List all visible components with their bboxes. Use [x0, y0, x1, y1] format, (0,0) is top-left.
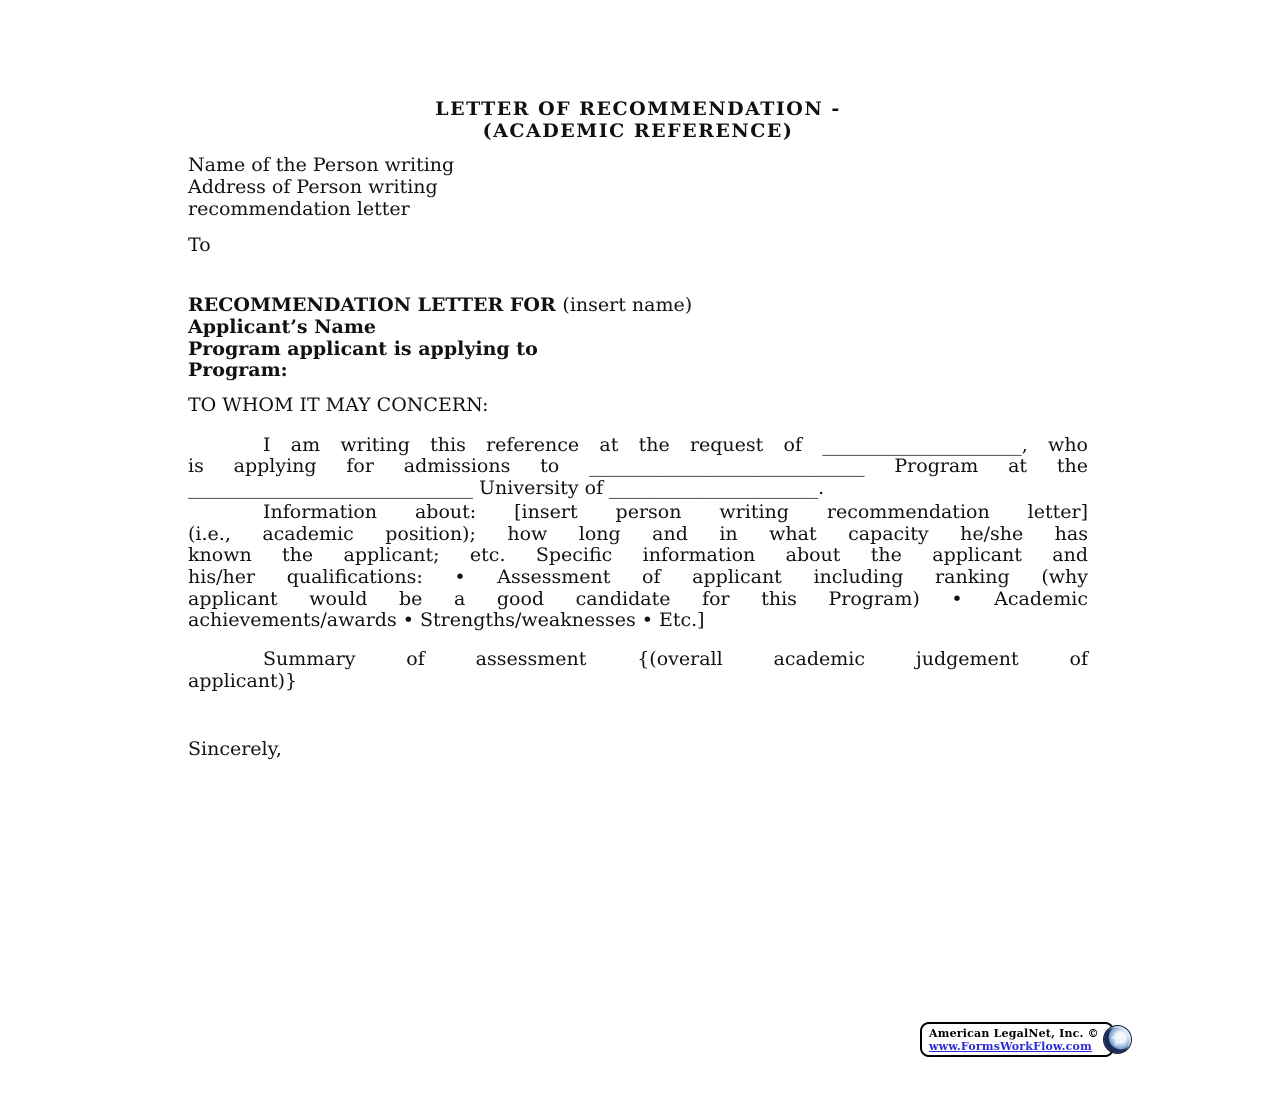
text-line: known the applicant; etc. Specific infor… [188, 545, 1088, 567]
legalnet-footer-badge: American LegalNet, Inc. © www.FormsWorkF… [920, 1022, 1114, 1057]
document-title-line1: LETTER OF RECOMMENDATION - [188, 99, 1088, 121]
text-line: is applying for admissions to __________… [188, 456, 1088, 478]
body-paragraph-2: Information about: [insert person writin… [188, 502, 1088, 632]
document-title: LETTER OF RECOMMENDATION - (ACADEMIC REF… [188, 99, 1088, 142]
text-line: ______________________________ Universit… [188, 478, 1088, 500]
body-paragraph-1: I am writing this reference at the reque… [188, 435, 1088, 500]
text-line: applicant)} [188, 671, 1088, 693]
footer-company-name: American LegalNet, Inc. © [929, 1027, 1099, 1040]
body-paragraph-3: Summary of assessment {(overall academic… [188, 649, 1088, 692]
footer-website-link[interactable]: www.FormsWorkFlow.com [929, 1040, 1099, 1053]
salutation: TO WHOM IT MAY CONCERN: [188, 395, 1088, 417]
program-label-line: Program: [188, 360, 1088, 382]
sender-name-line: Name of the Person writing [188, 155, 1088, 177]
sender-letter-line: recommendation letter [188, 199, 1088, 221]
applicant-name-line: Applicant’s Name [188, 317, 1088, 339]
footer-text: American LegalNet, Inc. © www.FormsWorkF… [929, 1027, 1099, 1053]
letter-content: LETTER OF RECOMMENDATION - (ACADEMIC REF… [188, 0, 1088, 761]
sender-block: Name of the Person writing Address of Pe… [188, 155, 1088, 220]
text-line: applicant would be a good candidate for … [188, 589, 1088, 611]
text-line: achievements/awards • Strengths/weakness… [188, 610, 1088, 632]
program-applying-line: Program applicant is applying to [188, 339, 1088, 361]
globe-logo-icon [1104, 1026, 1131, 1053]
text-line: (i.e., academic position); how long and … [188, 524, 1088, 546]
document-page: LETTER OF RECOMMENDATION - (ACADEMIC REF… [0, 0, 1275, 1100]
subject-insert-name: (insert name) [562, 294, 692, 316]
closing-sincerely: Sincerely, [188, 739, 1088, 761]
text-line: his/her qualifications: • Assessment of … [188, 567, 1088, 589]
text-line: Summary of assessment {(overall academic… [188, 649, 1088, 671]
document-title-line2: (ACADEMIC REFERENCE) [188, 121, 1088, 143]
subject-heading-bold: RECOMMENDATION LETTER FOR [188, 294, 556, 316]
sender-address-line: Address of Person writing [188, 177, 1088, 199]
subject-block: RECOMMENDATION LETTER FOR(insert name) A… [188, 295, 1088, 382]
subject-heading: RECOMMENDATION LETTER FOR(insert name) [188, 295, 1088, 317]
recipient-to-label: To [188, 235, 1088, 257]
text-line: I am writing this reference at the reque… [188, 435, 1088, 457]
text-line: Information about: [insert person writin… [188, 502, 1088, 524]
